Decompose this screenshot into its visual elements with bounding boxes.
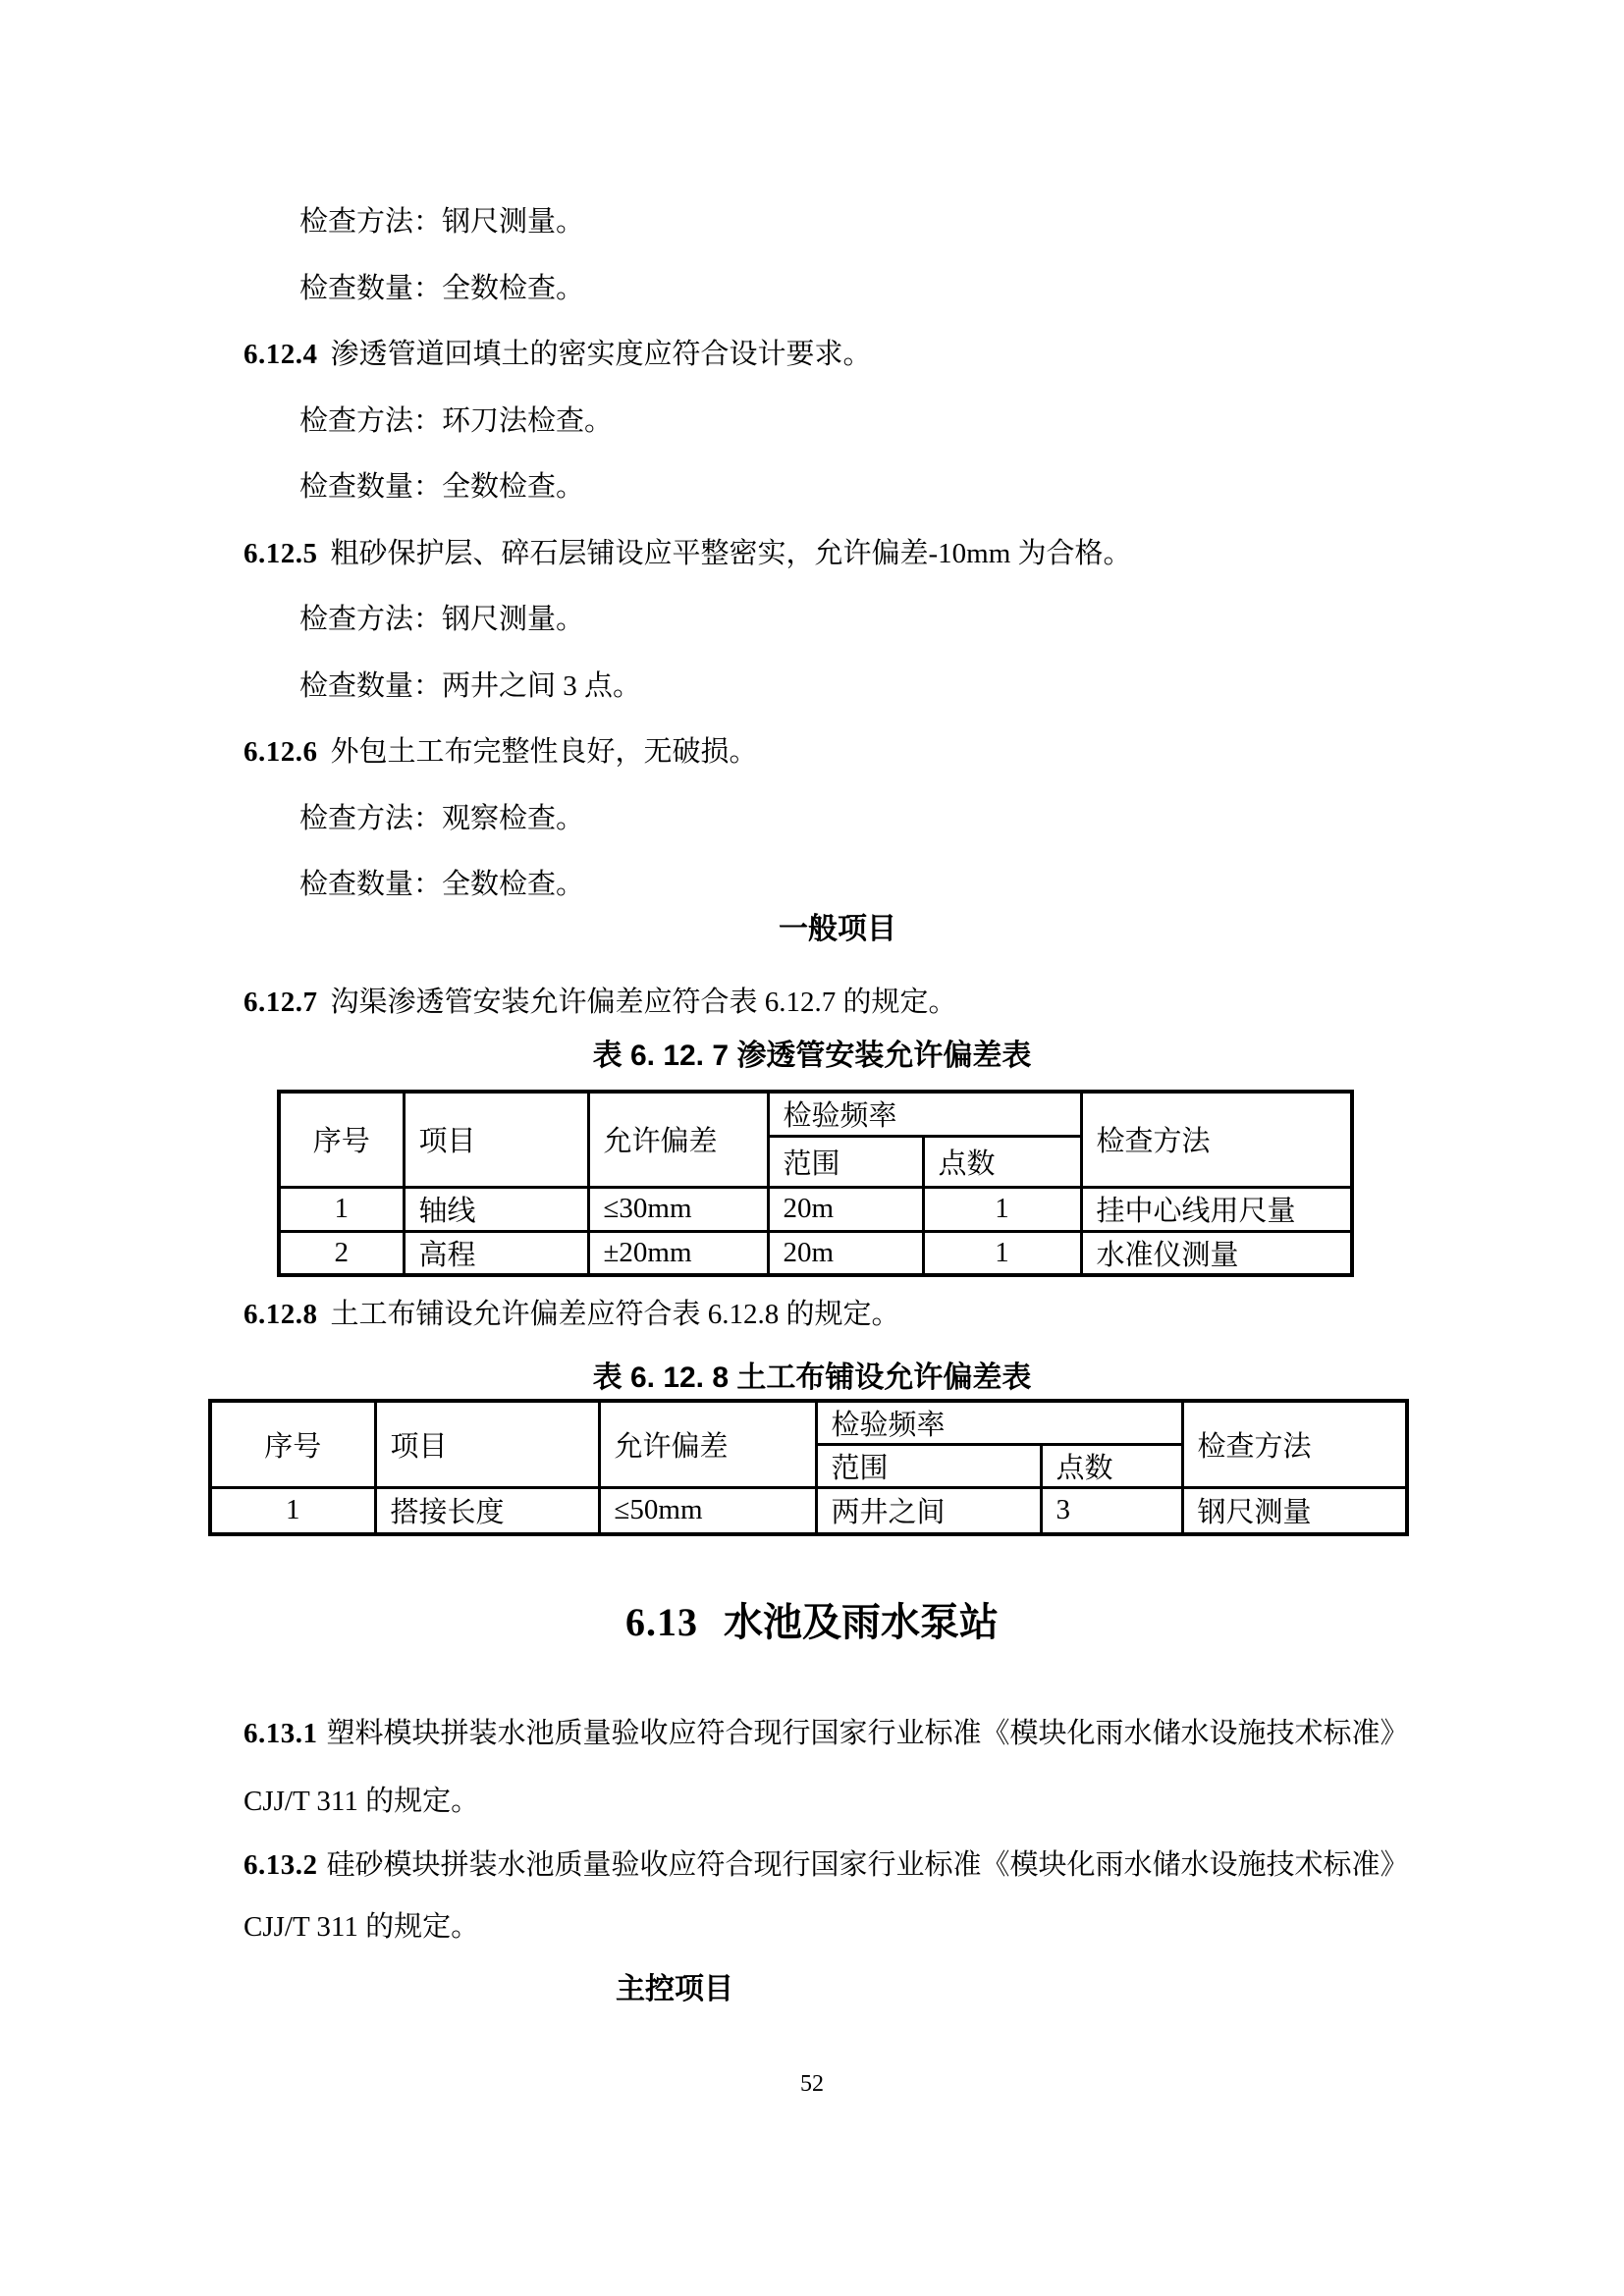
section-number: 6.13 [625,1600,698,1644]
cell-tolerance: ±20mm [588,1231,768,1275]
cell-tolerance: ≤30mm [588,1187,768,1231]
cell-range: 20m [768,1231,923,1275]
clause-number: 6.12.5 [244,538,318,569]
clause-number: 6.12.7 [244,987,318,1018]
section-title: 水池及雨水泵站 [724,1600,999,1644]
clause-number: 6.12.4 [244,339,318,370]
clause-line: 6.12.5粗砂保护层、碎石层铺设应平整密实，允许偏差-10mm 为合格。 [244,536,1132,571]
paragraph-line: 检查方法：环刀法检查。 [299,403,613,439]
subsection-heading-general-items: 一般项目 [779,911,896,948]
paragraph-line: 检查方法：钢尺测量。 [299,602,584,637]
section-heading-6-13: 6.13水池及雨水泵站 [0,1598,1624,1647]
cell-item: 搭接长度 [375,1488,599,1534]
cell-method: 水准仪测量 [1081,1231,1352,1275]
paragraph-line: 检查方法：钢尺测量。 [299,204,584,240]
clause-number: 6.12.8 [244,1299,318,1330]
subsection-heading-master-items: 主控项目 [616,1971,733,2008]
clause-line: 6.12.4渗透管道回填土的密实度应符合设计要求。 [244,337,872,372]
col-header-seq: 序号 [279,1092,404,1187]
col-header-method: 检查方法 [1182,1401,1407,1488]
clause-text: 粗砂保护层、碎石层铺设应平整密实，允许偏差-10mm 为合格。 [331,538,1132,569]
cell-points: 3 [1041,1488,1182,1534]
clause-text: 硅砂模块拼装水池质量验收应符合现行国家行业标准《模块化雨水储水设施技术标准》 [327,1849,1409,1881]
col-header-item: 项目 [404,1092,588,1187]
clause-text: 土工布铺设允许偏差应符合表 6.12.8 的规定。 [331,1299,900,1330]
cell-range: 20m [768,1187,923,1231]
cell-seq: 2 [279,1231,404,1275]
cell-range: 两井之间 [816,1488,1041,1534]
paragraph-line: 检查数量：全数检查。 [299,867,584,902]
cell-points: 1 [923,1231,1081,1275]
paragraph-line: 检查数量：两井之间 3 点。 [299,668,641,704]
paragraph-line: 检查数量：全数检查。 [299,469,584,505]
table-caption: 表 6. 12. 8 土工布铺设允许偏差表 [0,1360,1624,1397]
table-row: 2 高程 ±20mm 20m 1 水准仪测量 [279,1231,1352,1275]
col-header-frequency: 检验频率 [816,1401,1182,1445]
table-caption: 表 6. 12. 7 渗透管安装允许偏差表 [0,1038,1624,1075]
cell-method: 钢尺测量 [1182,1488,1407,1534]
cell-seq: 1 [210,1488,375,1534]
cell-seq: 1 [279,1187,404,1231]
col-header-tolerance: 允许偏差 [588,1092,768,1187]
paragraph-line: CJJ/T 311 的规定。 [244,1784,479,1819]
clause-line: 6.12.8土工布铺设允许偏差应符合表 6.12.8 的规定。 [244,1297,900,1332]
col-header-range: 范围 [768,1136,923,1187]
col-header-item: 项目 [375,1401,599,1488]
clause-text: 渗透管道回填土的密实度应符合设计要求。 [331,339,872,370]
cell-points: 1 [923,1187,1081,1231]
clause-line: 6.12.7沟渠渗透管安装允许偏差应符合表 6.12.7 的规定。 [244,985,957,1020]
col-header-method: 检查方法 [1081,1092,1352,1187]
col-header-seq: 序号 [210,1401,375,1488]
document-page: 检查方法：钢尺测量。 检查数量：全数检查。 6.12.4渗透管道回填土的密实度应… [0,0,1624,2296]
paragraph-line: 检查方法：观察检查。 [299,801,584,836]
clause-number: 6.12.6 [244,736,318,768]
col-header-frequency: 检验频率 [768,1092,1081,1136]
table-row: 1 轴线 ≤30mm 20m 1 挂中心线用尺量 [279,1187,1352,1231]
paragraph-line: CJJ/T 311 的规定。 [244,1909,479,1945]
tolerance-table-6-12-8: 序号 项目 允许偏差 检验频率 检查方法 范围 点数 1 搭接长度 ≤50mm … [208,1399,1409,1536]
col-header-points: 点数 [1041,1445,1182,1488]
cell-tolerance: ≤50mm [599,1488,816,1534]
clause-number: 6.13.2 [244,1849,318,1881]
paragraph-line: 检查数量：全数检查。 [299,271,584,306]
table-row: 1 搭接长度 ≤50mm 两井之间 3 钢尺测量 [210,1488,1407,1534]
clause-number: 6.13.1 [244,1718,318,1749]
cell-item: 轴线 [404,1187,588,1231]
clause-text: 沟渠渗透管安装允许偏差应符合表 6.12.7 的规定。 [331,987,957,1018]
clause-line: 6.13.1塑料模块拼装水池质量验收应符合现行国家行业标准《模块化雨水储水设施技… [244,1716,1409,1751]
col-header-range: 范围 [816,1445,1041,1488]
clause-line: 6.12.6外包土工布完整性良好，无破损。 [244,734,758,770]
clause-text: 外包土工布完整性良好，无破损。 [331,736,758,768]
clause-line: 6.13.2硅砂模块拼装水池质量验收应符合现行国家行业标准《模块化雨水储水设施技… [244,1847,1409,1883]
clause-text: 塑料模块拼装水池质量验收应符合现行国家行业标准《模块化雨水储水设施技术标准》 [327,1718,1409,1749]
cell-method: 挂中心线用尺量 [1081,1187,1352,1231]
tolerance-table-6-12-7: 序号 项目 允许偏差 检验频率 检查方法 范围 点数 1 轴线 ≤30mm 20… [277,1090,1354,1277]
col-header-points: 点数 [923,1136,1081,1187]
col-header-tolerance: 允许偏差 [599,1401,816,1488]
page-number: 52 [0,2069,1624,2099]
cell-item: 高程 [404,1231,588,1275]
